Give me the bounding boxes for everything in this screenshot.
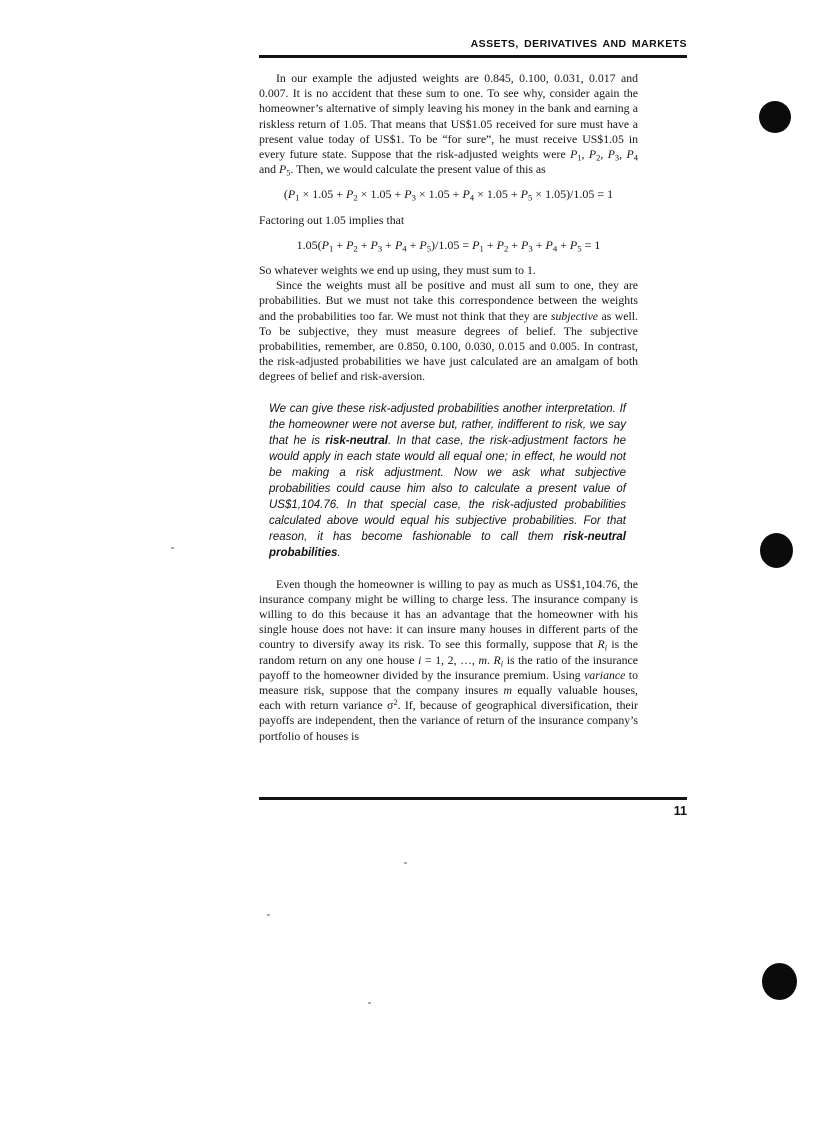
callout-risk-neutral: We can give these risk-adjusted probabil…: [269, 401, 626, 561]
punch-hole-mark: [760, 533, 793, 568]
punch-hole-mark: [759, 101, 791, 133]
equation-weights-sum-to-one: 1.05(P1 + P2 + P3 + P4 + P5)/1.05 = P1 +…: [259, 238, 638, 253]
para-insurance-company: Even though the homeowner is willing to …: [259, 577, 638, 744]
running-header-title: ASSETS, DERIVATIVES AND MARKETS: [259, 38, 687, 50]
scan-speck: [368, 1002, 371, 1004]
scan-speck: [267, 914, 270, 916]
para-adjusted-weights: In our example the adjusted weights are …: [259, 71, 638, 177]
para-subjective-probabilities: Since the weights must all be positive a…: [259, 278, 638, 384]
para-factoring: Factoring out 1.05 implies that: [259, 213, 638, 228]
page-number: 11: [259, 804, 687, 818]
footer-rule: [259, 797, 687, 800]
para-weights-sum: So whatever weights we end up using, the…: [259, 263, 638, 278]
scan-speck: [171, 547, 174, 549]
header-rule: [259, 55, 687, 58]
body-text: In our example the adjusted weights are …: [259, 71, 638, 744]
equation-present-value: (P1 × 1.05 + P2 × 1.05 + P3 × 1.05 + P4 …: [259, 187, 638, 202]
scan-speck: [404, 862, 407, 864]
scanned-book-page: ASSETS, DERIVATIVES AND MARKETS In our e…: [0, 0, 816, 1123]
text-column: ASSETS, DERIVATIVES AND MARKETS In our e…: [259, 38, 687, 744]
punch-hole-mark: [762, 963, 797, 1000]
